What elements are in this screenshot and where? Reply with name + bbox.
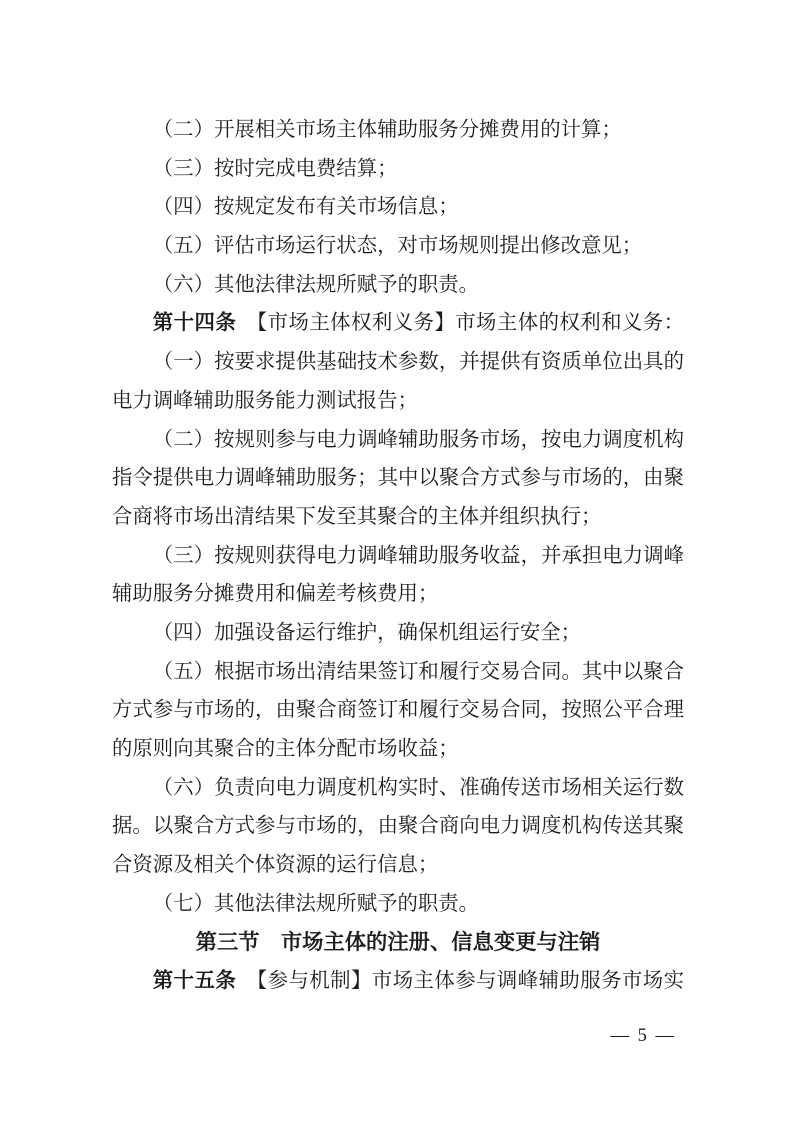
text-run: （四）按规定发布有关市场信息； bbox=[153, 196, 459, 218]
text-line: 的原则向其聚合的主体分配市场收益； bbox=[112, 730, 684, 769]
text-line: （七）其他法律法规所赋予的职责。 bbox=[112, 885, 684, 924]
text-run: 方式参与市场的，由聚合商签订和履行交易合同，按照公平合理 bbox=[112, 699, 684, 721]
text-line: （四）按规定发布有关市场信息； bbox=[112, 188, 684, 227]
text-line: 辅助服务分摊费用和偏差考核费用； bbox=[112, 575, 684, 614]
text-run: 指令提供电力调峰辅助服务；其中以聚合方式参与市场的，由聚 bbox=[112, 467, 684, 489]
text-run: 合资源及相关个体资源的运行信息； bbox=[112, 854, 438, 876]
text-line: 第十四条 【市场主体权利义务】市场主体的权利和义务： bbox=[112, 304, 684, 343]
text-line: 电力调峰辅助服务能力测试报告； bbox=[112, 382, 684, 421]
text-run: （六）负责向电力调度机构实时、准确传送市场相关运行数 bbox=[153, 777, 684, 799]
text-line: （三）按时完成电费结算； bbox=[112, 150, 684, 189]
section-heading-line: 第三节 市场主体的注册、信息变更与注销 bbox=[112, 923, 684, 962]
document-body: （二）开展相关市场主体辅助服务分摊费用的计算；（三）按时完成电费结算；（四）按规… bbox=[112, 111, 684, 1001]
text-run: 的原则向其聚合的主体分配市场收益； bbox=[112, 738, 459, 760]
document-page: （二）开展相关市场主体辅助服务分摊费用的计算；（三）按时完成电费结算；（四）按规… bbox=[0, 0, 794, 1123]
text-run: （三）按时完成电费结算； bbox=[153, 158, 398, 180]
text-run: 【市场主体权利义务】市场主体的权利和义务： bbox=[236, 312, 684, 334]
text-run: （五）评估市场运行状态，对市场规则提出修改意见； bbox=[153, 235, 642, 257]
text-run: 电力调峰辅助服务能力测试报告； bbox=[112, 390, 418, 412]
text-line: 方式参与市场的，由聚合商签订和履行交易合同，按照公平合理 bbox=[112, 691, 684, 730]
text-line: （五）根据市场出清结果签订和履行交易合同。其中以聚合 bbox=[112, 653, 684, 692]
bold-text-run: 第三节 市场主体的注册、信息变更与注销 bbox=[196, 930, 601, 954]
text-line: 据。以聚合方式参与市场的，由聚合商向电力调度机构传送其聚 bbox=[112, 807, 684, 846]
text-run: 【参与机制】市场主体参与调峰辅助服务市场实 bbox=[236, 970, 684, 992]
text-run: （六）其他法律法规所赋予的职责。 bbox=[153, 274, 479, 296]
text-line: （六）其他法律法规所赋予的职责。 bbox=[112, 266, 684, 305]
text-run: （二）按规则参与电力调峰辅助服务市场，按电力调度机构 bbox=[153, 429, 684, 451]
text-line: 指令提供电力调峰辅助服务；其中以聚合方式参与市场的，由聚 bbox=[112, 459, 684, 498]
bold-text-run: 第十五条 bbox=[153, 970, 236, 992]
text-line: （四）加强设备运行维护，确保机组运行安全； bbox=[112, 614, 684, 653]
text-line: 合资源及相关个体资源的运行信息； bbox=[112, 846, 684, 885]
text-line: （三）按规则获得电力调峰辅助服务收益，并承担电力调峰 bbox=[112, 537, 684, 576]
text-run: （四）加强设备运行维护，确保机组运行安全； bbox=[153, 622, 581, 644]
page-number: — 5 — bbox=[611, 1024, 677, 1048]
text-line: （五）评估市场运行状态，对市场规则提出修改意见； bbox=[112, 227, 684, 266]
text-run: 据。以聚合方式参与市场的，由聚合商向电力调度机构传送其聚 bbox=[112, 815, 684, 837]
text-line: （一）按要求提供基础技术参数，并提供有资质单位出具的 bbox=[112, 343, 684, 382]
text-line: 第十五条 【参与机制】市场主体参与调峰辅助服务市场实 bbox=[112, 962, 684, 1001]
text-run: （七）其他法律法规所赋予的职责。 bbox=[153, 893, 479, 915]
text-run: （二）开展相关市场主体辅助服务分摊费用的计算； bbox=[153, 119, 622, 141]
text-line: （六）负责向电力调度机构实时、准确传送市场相关运行数 bbox=[112, 769, 684, 808]
text-run: 辅助服务分摊费用和偏差考核费用； bbox=[112, 583, 438, 605]
text-line: 合商将市场出清结果下发至其聚合的主体并组织执行； bbox=[112, 498, 684, 537]
text-line: （二）按规则参与电力调峰辅助服务市场，按电力调度机构 bbox=[112, 421, 684, 460]
text-line: （二）开展相关市场主体辅助服务分摊费用的计算； bbox=[112, 111, 684, 150]
text-run: （五）根据市场出清结果签订和履行交易合同。其中以聚合 bbox=[153, 661, 684, 683]
bold-text-run: 第十四条 bbox=[153, 312, 236, 334]
text-run: 合商将市场出清结果下发至其聚合的主体并组织执行； bbox=[112, 506, 601, 528]
text-run: （一）按要求提供基础技术参数，并提供有资质单位出具的 bbox=[153, 351, 684, 373]
text-run: （三）按规则获得电力调峰辅助服务收益，并承担电力调峰 bbox=[153, 545, 684, 567]
